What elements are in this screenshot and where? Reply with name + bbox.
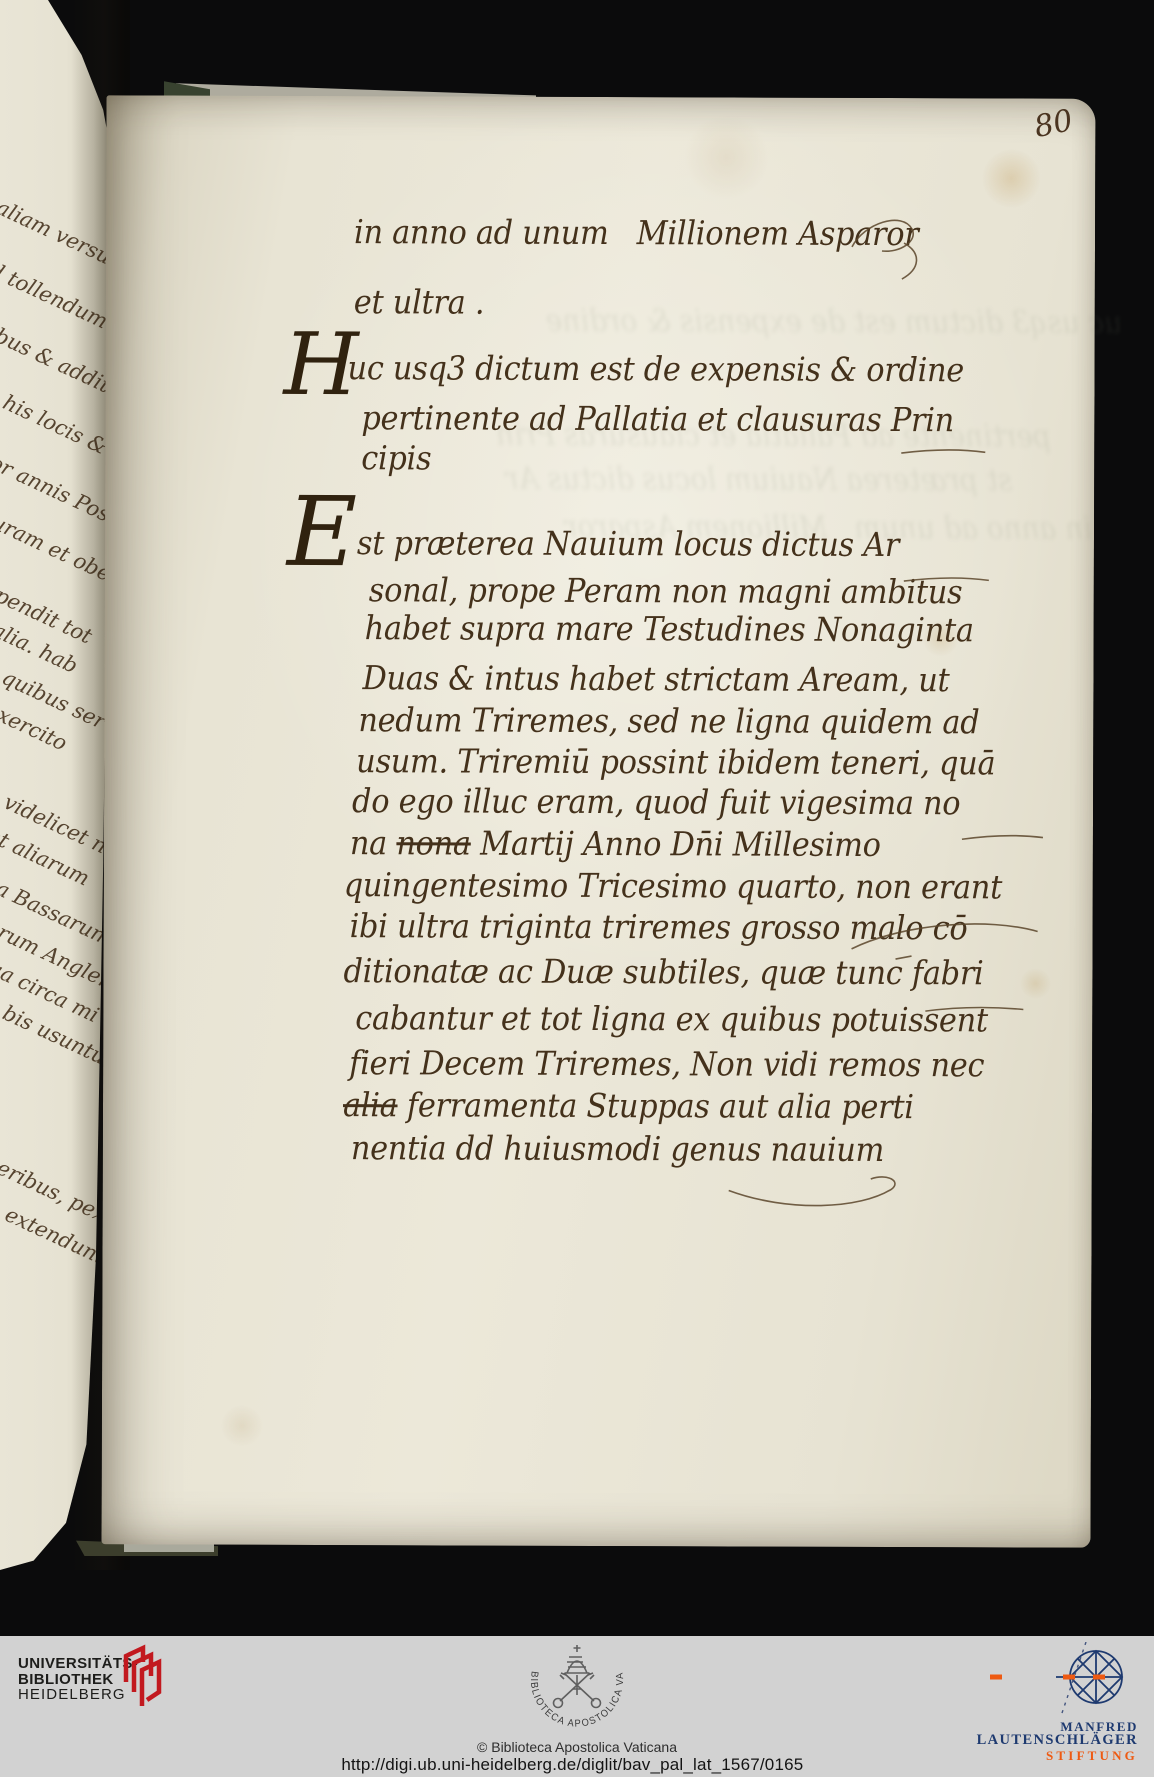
manuscript-line: nedum Triremes, sed ne ligna quidem ad (358, 700, 979, 741)
struck-word: alia (343, 1085, 398, 1124)
foundation-logo-block: MANFRED LAUTENSCHLÄGER STIFTUNG (984, 1636, 1154, 1777)
manuscript-page: uc usq3 dictum est de expensis & ordine … (101, 95, 1095, 1547)
manuscript-line: cabantur et tot ligna ex quibus potuisse… (355, 998, 988, 1039)
manuscript-line: ibi ultra triginta triremes grosso malo … (350, 906, 968, 947)
digitized-manuscript-scan: in nataliam versusiam ad tollendumlabori… (0, 0, 1154, 1777)
manuscript-line: uc usq3 dictum est de expensis & ordine (348, 348, 965, 389)
manuscript-line: quingentesimo Tricesimo quarto, non eran… (344, 865, 1002, 906)
line-segment: na (350, 823, 397, 862)
illuminated-initial: E (287, 484, 357, 580)
manuscript-line: st præterea Nauium locus dictus Ar (357, 523, 899, 564)
foundation-globe-icon (984, 1642, 1154, 1718)
tiara-cross (574, 1645, 581, 1652)
manuscript-line: sonal, prope Peram non magni ambitus (369, 570, 963, 611)
foundation-line2: LAUTENSCHLÄGER (977, 1733, 1138, 1748)
vatican-copyright: © Biblioteca Apostolica Vaticana (477, 1739, 677, 1755)
university-library-book-icon (116, 1644, 166, 1710)
vatican-arc-text: BIBLIOTECA APOSTOLICA VATICANA (510, 1641, 626, 1730)
manuscript-line: habet supra mare Testudines Nonaginta (365, 608, 974, 649)
source-url: http://digi.ub.uni-heidelberg.de/diglit/… (341, 1755, 803, 1775)
footer-credit-bar: UNIVERSITÄTS- BIBLIOTHEK HEIDELBERG (0, 1636, 1154, 1777)
facing-page-text-fragment: in nataliam versus (0, 169, 120, 274)
manuscript-line: usum. Triremiū possint ibidem teneri, qu… (356, 741, 995, 782)
manuscript-line: pertinente ad Pallatia et clausuras Prin (361, 398, 954, 439)
manuscript-line: Duas & intus habet strictam Aream, ut (362, 658, 949, 699)
manuscript-line: in anno ad unum Millionem Asparor (354, 212, 919, 253)
manuscript-line: do ego illuc eram, quod fuit vigesima no (352, 781, 960, 822)
manuscript-line: et ultra . (354, 282, 485, 321)
struck-word: nona (396, 823, 471, 862)
line-segment: Martij Anno Dn̄i Millesimo (471, 824, 881, 864)
manuscript-line: alia ferramenta Stuppas aut alia perti (343, 1085, 914, 1126)
manuscript-text-block: in anno ad unum Millionem Asparoret ultr… (101, 95, 1095, 1547)
svg-text:BIBLIOTECA APOSTOLICA VATICANA: BIBLIOTECA APOSTOLICA VATICANA (510, 1641, 626, 1730)
manuscript-line: cipis (361, 438, 431, 477)
line-segment: ferramenta Stuppas aut alia perti (397, 1085, 913, 1126)
foundation-wordmark: MANFRED LAUTENSCHLÄGER STIFTUNG (977, 1720, 1138, 1763)
manuscript-line: fieri Decem Triremes, Non vidi remos nec (349, 1043, 984, 1084)
manuscript-line: ditionatæ ac Duæ subtiles, quæ tunc fabr… (343, 951, 983, 992)
underlying-page-sliver-bottom (124, 1544, 214, 1552)
foundation-line3: STIFTUNG (977, 1748, 1138, 1763)
manuscript-line: na nona Martij Anno Dn̄i Millesimo (350, 823, 881, 864)
manuscript-line: nentia dd huiusmodi genus nauium (351, 1128, 884, 1169)
vatican-library-emblem: BIBLIOTECA APOSTOLICA VATICANA (510, 1641, 644, 1746)
